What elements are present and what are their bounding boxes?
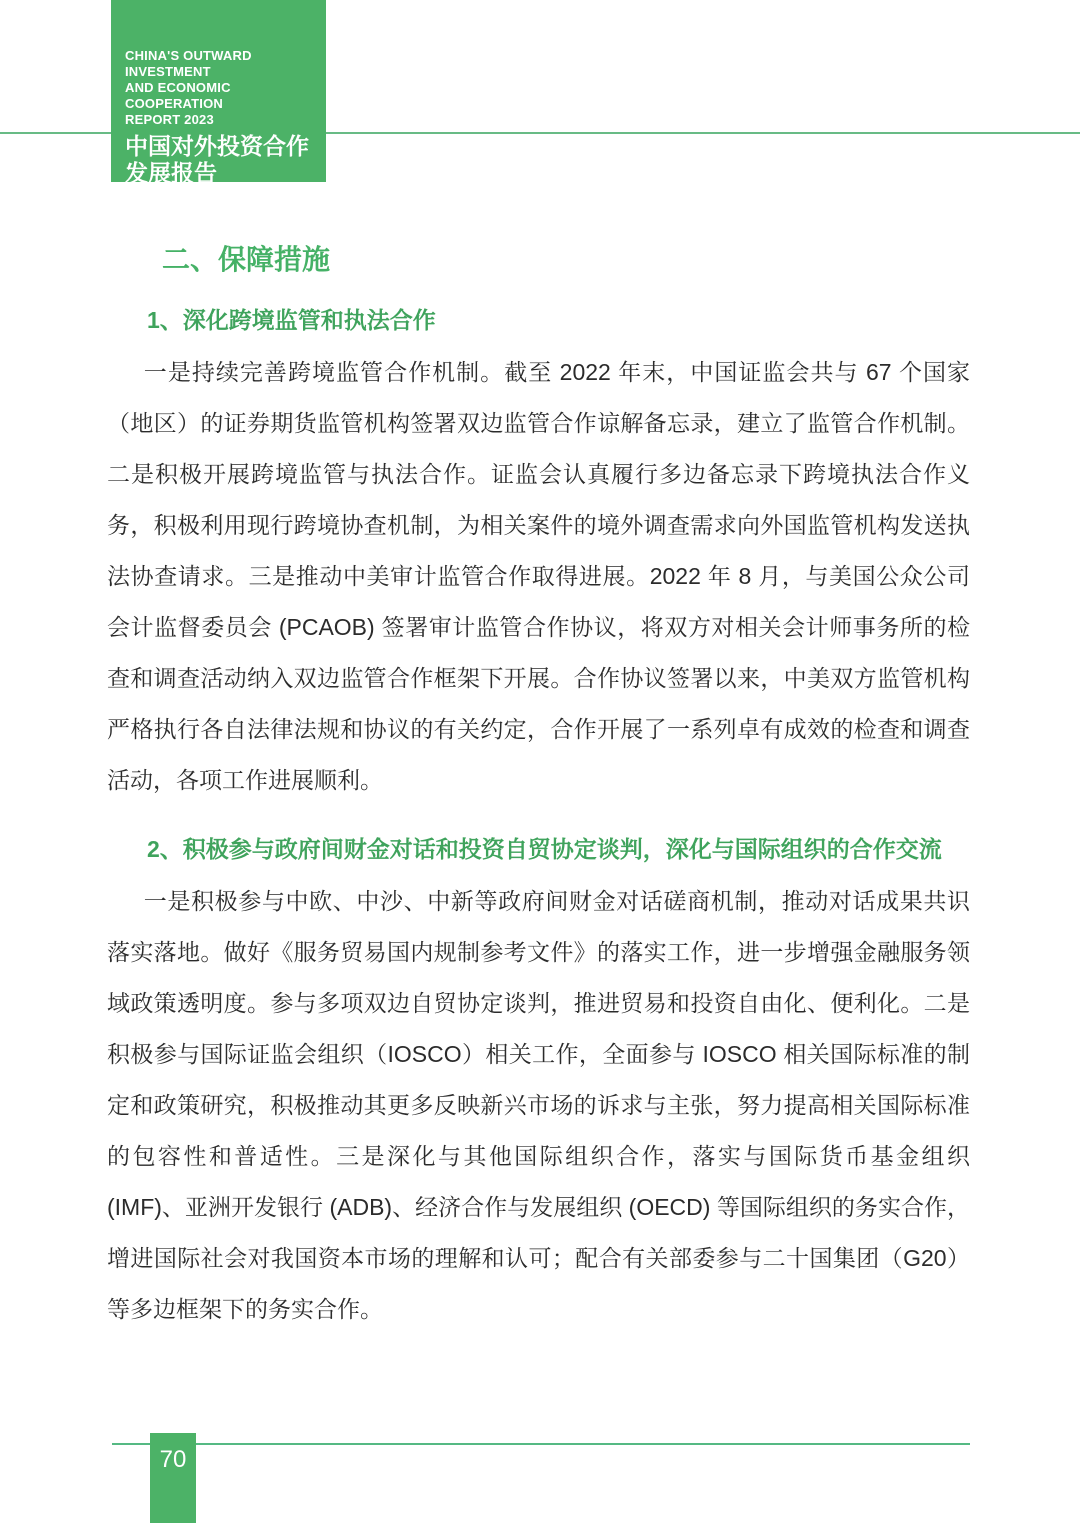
footer-divider-line [112,1443,970,1445]
page-number-badge: 70 [150,1433,196,1523]
banner-title-chinese: 中国对外投资合作 发展报告 [125,133,316,187]
page-number: 70 [160,1446,187,1473]
subsection-1-paragraph: 一是持续完善跨境监管合作机制。截至 2022 年末，中国证监会共与 67 个国家… [107,347,970,806]
report-banner: CHINA'S OUTWARD INVESTMENT AND ECONOMIC … [111,0,326,182]
section-title: 二、保障措施 [162,243,970,277]
banner-year: 2023 [125,189,316,221]
banner-title-english-line: AND ECONOMIC COOPERATION [125,80,316,112]
banner-title-english: CHINA'S OUTWARD INVESTMENT AND ECONOMIC … [125,48,316,128]
subsection-2-paragraph: 一是积极参与中欧、中沙、中新等政府间财金对话磋商机制，推动对话成果共识落实落地。… [107,876,970,1335]
banner-title-english-line: CHINA'S OUTWARD INVESTMENT [125,48,316,80]
page-content: 二、保障措施 1、深化跨境监管和执法合作 一是持续完善跨境监管合作机制。截至 2… [107,243,970,1335]
subsection-2-heading: 2、积极参与政府间财金对话和投资自贸协定谈判，深化与国际组织的合作交流 [147,834,970,864]
banner-title-chinese-line: 中国对外投资合作 [125,133,316,160]
report-page: CHINA'S OUTWARD INVESTMENT AND ECONOMIC … [0,0,1080,1527]
banner-title-english-line: REPORT 2023 [125,112,316,128]
banner-title-chinese-line: 发展报告 [125,160,316,187]
subsection-1-heading: 1、深化跨境监管和执法合作 [147,305,970,335]
